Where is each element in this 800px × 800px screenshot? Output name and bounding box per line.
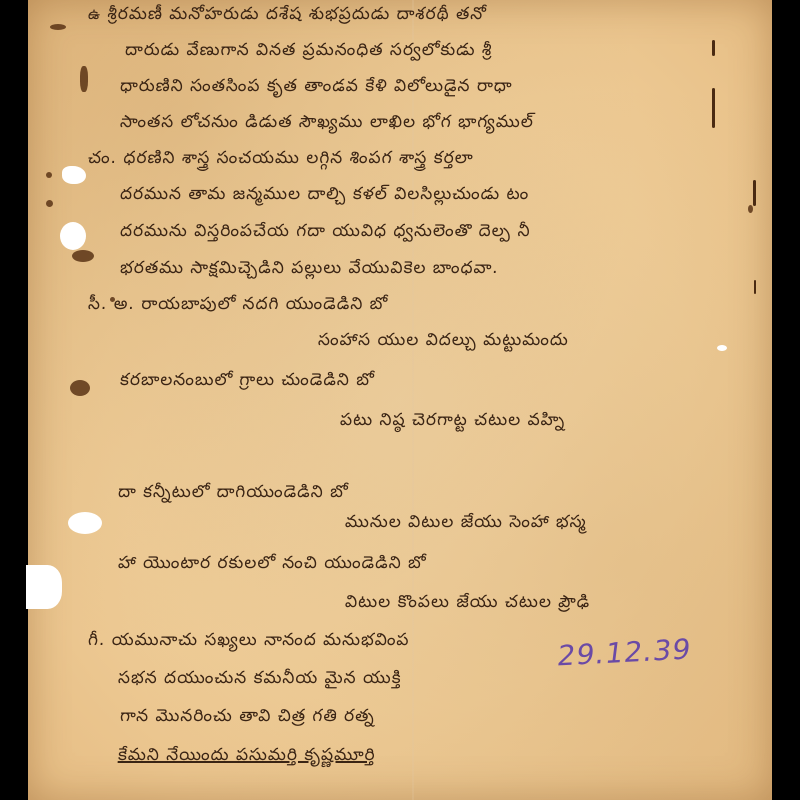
- ink-mark: [753, 180, 756, 206]
- signature-line: కేమని నేయిందు పసుమర్తి కృష్ణమూర్తి: [117, 745, 376, 769]
- ink-stain: [70, 380, 90, 396]
- line-text: దారుడు వేణుగాన వినత ప్రమనంధిత సర్వలోకుడు…: [124, 40, 493, 60]
- verse-marker: చం.: [87, 148, 117, 168]
- manuscript-line: సంహాస యుల విదల్చు మట్టుమందు: [317, 330, 569, 354]
- manuscript-line: భరతము సాక్షమిచ్చెడిని పల్లులు వేయువికెల …: [119, 258, 499, 282]
- line-text: యమునాచు సఖ్యలు నానంద మనుభవింప: [111, 630, 410, 650]
- ink-stain: [748, 205, 753, 213]
- ink-mark: [712, 88, 715, 128]
- manuscript-page: ఉ శ్రీరమణీ మనోహరుడు దశేష శుభప్రదుడు దాశర…: [28, 0, 772, 800]
- line-text: పటు నిష్ఠ చెరగాట్ట చటుల వహ్ని: [339, 410, 566, 430]
- paper-hole: [62, 166, 86, 184]
- manuscript-line: దరమున తామ జన్మముల దాల్చి కళల్ విలసిల్లుచ…: [119, 184, 530, 208]
- manuscript-line: ధారుణిని సంతసింప కృత తాండవ కేళి విలోలుడై…: [119, 76, 513, 100]
- manuscript-line: హా యొంటార రకులలో నంచి యుండెడిని బో: [117, 553, 427, 577]
- paper-hole: [717, 345, 727, 351]
- paper-hole: [68, 512, 102, 534]
- date-annotation: 29.12.39: [555, 633, 693, 673]
- line-text: దరమును విస్తరింపచేయ గదా యువిధ ధ్వనులెంతొ…: [119, 221, 531, 241]
- line-text: సభన దయుంచున కమనీయ మైన యుక్తి: [117, 668, 402, 688]
- ink-mark: [754, 280, 756, 294]
- manuscript-line: మునుల విటుల జేయు సెంహా భస్మ: [344, 512, 587, 536]
- paper-tear: [26, 565, 62, 609]
- manuscript-line: దా కన్నీటులో దాగియుండెడిని బో: [117, 482, 349, 506]
- ink-stain: [50, 24, 66, 30]
- line-text: కరబాలనంబులో గ్రాలు చుండెడిని బో: [119, 370, 375, 390]
- verse-marker: గీ.: [87, 630, 106, 650]
- ink-stain: [46, 200, 53, 207]
- line-text: భరతము సాక్షమిచ్చెడిని పల్లులు వేయువికెల …: [119, 258, 499, 278]
- manuscript-line: దరమును విస్తరింపచేయ గదా యువిధ ధ్వనులెంతొ…: [119, 221, 531, 245]
- line-text: సాంతస లోచనుం డిడుత సౌఖ్యము లాఖిల భోగ భాగ…: [119, 112, 534, 132]
- verse-marker: సీ.: [87, 294, 108, 314]
- ink-stain: [46, 172, 52, 178]
- manuscript-line: చం. ధరణిని శాస్త్ర సంచయము లగ్గిన శింపగ శ…: [87, 148, 474, 172]
- line-text: హా యొంటార రకులలో నంచి యుండెడిని బో: [117, 553, 427, 573]
- line-text: ధారుణిని సంతసింప కృత తాండవ కేళి విలోలుడై…: [119, 76, 513, 96]
- verse-marker: ఉ: [88, 5, 102, 23]
- line-text: దరమున తామ జన్మముల దాల్చి కళల్ విలసిల్లుచ…: [119, 184, 530, 204]
- manuscript-line: సభన దయుంచున కమనీయ మైన యుక్తి: [117, 668, 402, 692]
- ink-stain: [72, 250, 94, 262]
- ink-stain: [80, 66, 88, 92]
- manuscript-line: ఉ శ్రీరమణీ మనోహరుడు దశేష శుభప్రదుడు దాశర…: [87, 4, 487, 28]
- manuscript-line: పటు నిష్ఠ చెరగాట్ట చటుల వహ్ని: [339, 410, 566, 434]
- manuscript-line: దారుడు వేణుగాన వినత ప్రమనంధిత సర్వలోకుడు…: [124, 40, 493, 64]
- manuscript-line: కరబాలనంబులో గ్రాలు చుండెడిని బో: [119, 370, 375, 394]
- paper-hole: [60, 222, 86, 250]
- manuscript-line: విటుల కొంపలు జేయు చటుల ప్రౌఢి: [344, 592, 591, 616]
- line-text: ధరణిని శాస్త్ర సంచయము లగ్గిన శింపగ శాస్త…: [123, 148, 475, 168]
- line-text: శ్రీరమణీ మనోహరుడు దశేష శుభప్రదుడు దాశరథీ…: [107, 4, 487, 24]
- manuscript-line: గాన మొనరించు తావి చిత్ర గతి రత్న: [119, 706, 376, 730]
- manuscript-line: సాంతస లోచనుం డిడుత సౌఖ్యము లాఖిల భోగ భాగ…: [119, 112, 534, 136]
- line-text: సంహాస యుల విదల్చు మట్టుమందు: [317, 330, 569, 350]
- line-text: మునుల విటుల జేయు సెంహా భస్మ: [344, 512, 587, 532]
- line-text: విటుల కొంపలు జేయు చటుల ప్రౌఢి: [344, 592, 591, 612]
- manuscript-line: గీ. యమునాచు సఖ్యలు నానంద మనుభవింప: [87, 630, 410, 654]
- line-text: అ. రాయబాపులో నదగి యుండెడిని బో: [113, 294, 389, 314]
- line-text: కేమని నేయిందు పసుమర్తి కృష్ణమూర్తి: [117, 745, 376, 765]
- ink-mark: [712, 40, 715, 56]
- manuscript-line: సీ. అ. రాయబాపులో నదగి యుండెడిని బో: [87, 294, 389, 318]
- line-text: గాన మొనరించు తావి చిత్ర గతి రత్న: [119, 706, 375, 726]
- line-text: దా కన్నీటులో దాగియుండెడిని బో: [117, 482, 349, 502]
